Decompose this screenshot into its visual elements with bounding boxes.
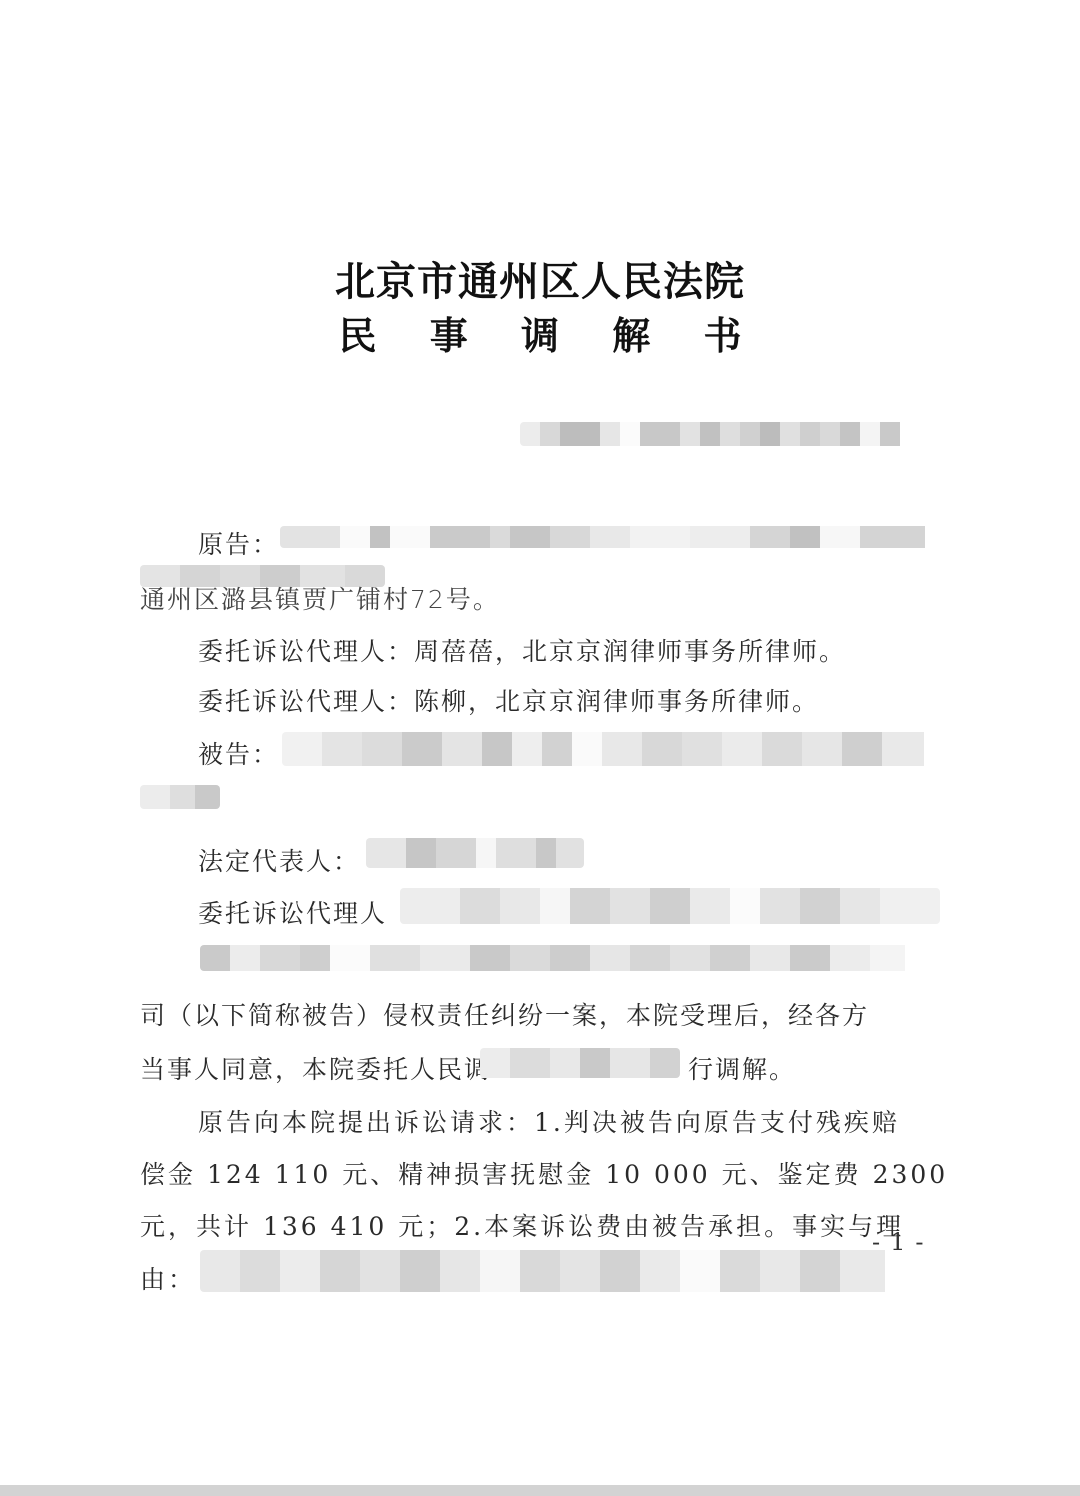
- case-paragraph-line-3b: 行调解。: [688, 1050, 796, 1086]
- court-title: 北京市通州区人民法院: [0, 250, 1080, 307]
- plaintiff-agent-2: 委托诉讼代理人：陈柳，北京京润律师事务所律师。: [198, 682, 819, 718]
- defendant-address-redacted: [140, 785, 220, 809]
- plaintiff-address-tail: 通州区潞县镇贾广铺村72号。: [140, 580, 500, 616]
- mediator-redacted: [480, 1048, 680, 1078]
- case-paragraph-line-3a: 当事人同意，本院委托人民调: [140, 1050, 491, 1086]
- case-paragraph-line-2: 司（以下简称被告）侵权责任纠纷一案，本院受理后，经各方: [140, 996, 869, 1032]
- legal-representative-label: 法定代表人：: [198, 842, 360, 878]
- claims-line-4-label: 由：: [140, 1260, 196, 1296]
- defendant-agent-label: 委托诉讼代理人: [198, 894, 387, 930]
- legal-representative-redacted: [366, 838, 584, 868]
- defendant-label: 被告：: [198, 735, 279, 771]
- page-number: -1-: [872, 1228, 934, 1256]
- plaintiff-label: 原告：: [198, 525, 279, 561]
- case-number-redacted: [520, 422, 910, 446]
- claims-line-3: 元，共计 136 410 元；2.本案诉讼费由被告承担。事实与理: [140, 1207, 904, 1243]
- claims-line-1: 原告向本院提出诉讼请求：1.判决被告向原告支付残疾赔: [198, 1103, 900, 1139]
- claims-line-2: 偿金 124 110 元、精神损害抚慰金 10 000 元、鉴定费 2300: [140, 1155, 948, 1191]
- defendant-agent-redacted: [400, 888, 940, 924]
- case-intro-redacted: [200, 945, 945, 971]
- document-type-title: 民 事 调 解 书: [0, 305, 1080, 360]
- plaintiff-info-redacted: [280, 526, 945, 548]
- defendant-info-redacted: [282, 732, 944, 766]
- facts-redacted: [200, 1250, 925, 1292]
- bottom-scroll-bar: [0, 1485, 1080, 1496]
- plaintiff-agent-1: 委托诉讼代理人：周蓓蓓，北京京润律师事务所律师。: [198, 632, 846, 668]
